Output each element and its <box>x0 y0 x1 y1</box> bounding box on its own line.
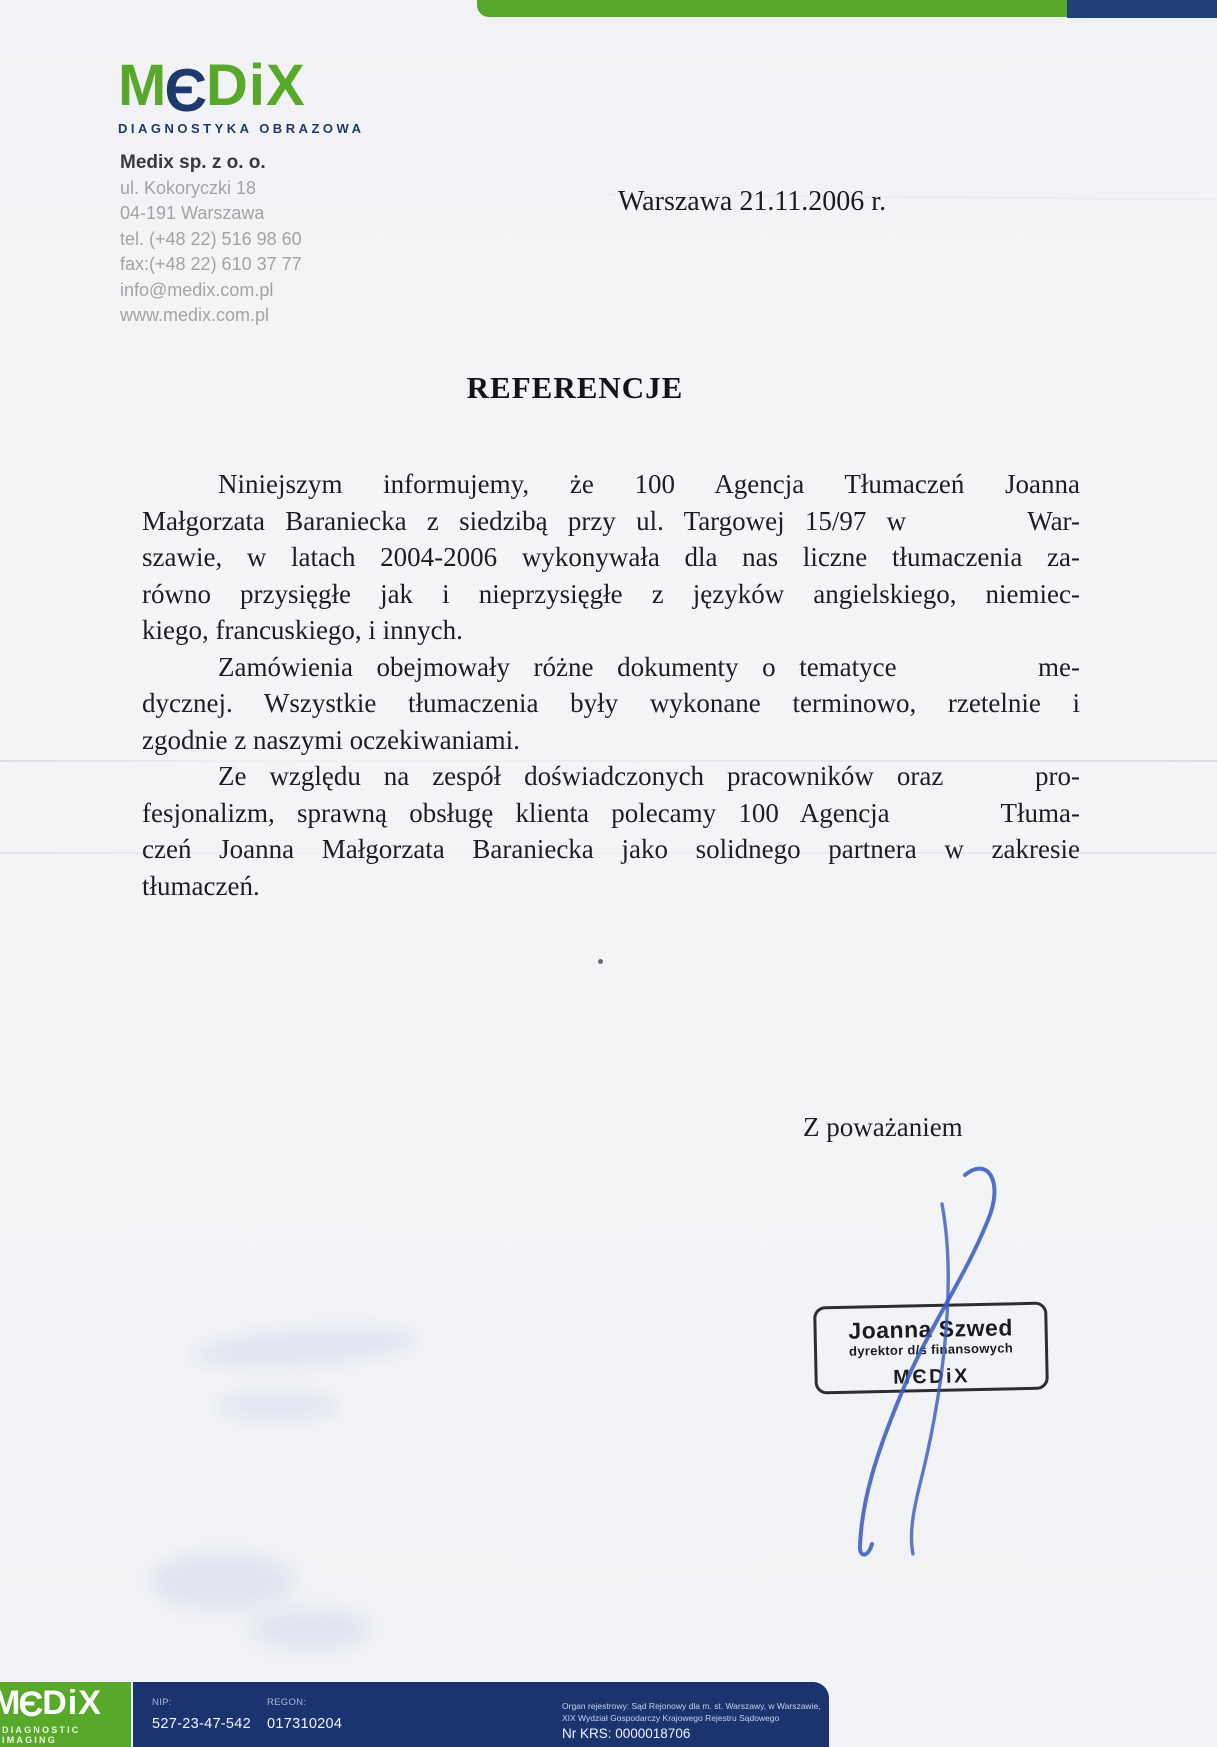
scan-speck <box>598 959 603 964</box>
paper-crease <box>0 852 1217 854</box>
stamp-divider <box>833 1361 1029 1365</box>
top-accent-bar-green <box>477 0 1067 17</box>
footer-logo-tagline: DIAGNOSTIC IMAGING <box>2 1725 131 1745</box>
regon-label: REGON: <box>267 1697 306 1708</box>
scanned-reference-letter: MЄDiX DIAGNOSTYKA OBRAZOWA Medix sp. z o… <box>0 0 1217 1747</box>
stamp-brand: MЄDiX <box>893 1365 970 1390</box>
top-accent-bar-navy <box>1067 0 1217 18</box>
paragraph-1: Niniejszym informujemy, że 100 Agencja T… <box>142 466 1080 649</box>
ink-smudge <box>250 1608 370 1650</box>
footer-medix-logo: MЄDiX <box>0 1686 102 1720</box>
logo-letters-dix: DiX <box>206 58 306 114</box>
closing-phrase: Z poważaniem <box>803 1112 963 1143</box>
paragraph-3: Ze względu na zespół doświadczonych prac… <box>142 758 1080 904</box>
footer-logo-e-icon: Є <box>18 1685 44 1724</box>
ink-smudge <box>215 1392 340 1420</box>
ink-smudge <box>150 1552 295 1610</box>
krs-number: Nr KRS: 0000018706 <box>562 1726 690 1741</box>
logo-letter-e-icon: Є <box>164 63 208 119</box>
company-name: Medix sp. z o. o. <box>120 150 302 176</box>
company-website: www.medix.com.pl <box>120 303 302 329</box>
footer-logo-block: MЄDiX DIAGNOSTIC IMAGING <box>0 1682 131 1747</box>
nip-label: NIP: <box>152 1697 172 1708</box>
company-email: info@medix.com.pl <box>120 278 302 304</box>
paper-crease <box>0 760 1217 762</box>
stamp-signer-role: dyrektor d/s finansowych <box>849 1340 1013 1358</box>
company-street: ul. Kokoryczki 18 <box>120 176 302 202</box>
footer-logo-dix: DiX <box>42 1684 102 1722</box>
letter-title: REFERENCJE <box>140 370 1010 406</box>
logo-letter-m: M <box>118 58 167 114</box>
stamp-signer-name: Joanna Szwed <box>848 1315 1013 1342</box>
company-phone: tel. (+48 22) 516 98 60 <box>120 227 302 253</box>
signature-stamp: Joanna Szwed dyrektor d/s finansowych MЄ… <box>813 1302 1049 1395</box>
regon-value: 017310204 <box>267 1716 342 1732</box>
company-info: Medix sp. z o. o. ul. Kokoryczki 18 04-1… <box>120 150 302 329</box>
company-city: 04-191 Warszawa <box>120 201 302 227</box>
date-line: Warszawa 21.11.2006 r. <box>618 186 886 218</box>
registry-court-line1: Organ rejestrowy: Sąd Rejonowy dla m. st… <box>562 1700 821 1712</box>
ink-smudge <box>189 1320 421 1374</box>
medix-logo: MЄDiX DIAGNOSTYKA OBRAZOWA <box>118 58 364 136</box>
letter-body: Niniejszym informujemy, że 100 Agencja T… <box>142 466 1080 904</box>
logo-tagline: DIAGNOSTYKA OBRAZOWA <box>118 121 364 136</box>
registry-court-line2: XIX Wydział Gospodarczy Krajowego Rejest… <box>562 1712 779 1724</box>
company-fax: fax:(+48 22) 610 37 77 <box>120 252 302 278</box>
paragraph-2: Zamówienia obejmowały różne dokumenty o … <box>142 649 1080 759</box>
medix-logo-wordmark: MЄDiX <box>118 58 364 114</box>
nip-value: 527-23-47-542 <box>152 1716 251 1732</box>
